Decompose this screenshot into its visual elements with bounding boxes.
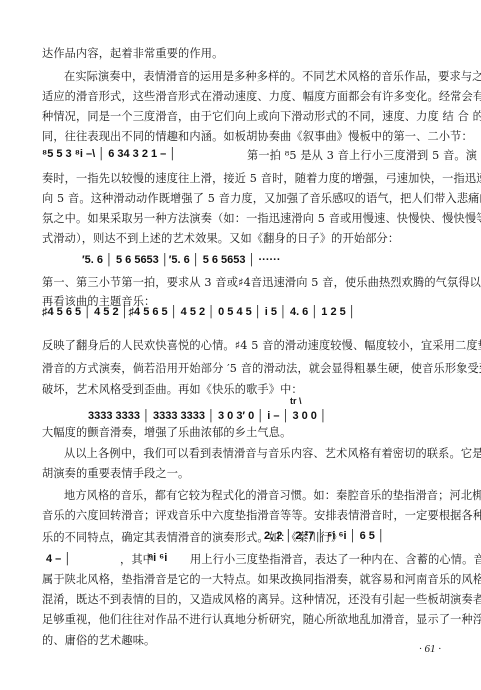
text-line: 同，往往表现出不同的情趣和内涵。如板胡协奏曲《叙事曲》慢板中的第一、二小节： [42, 130, 455, 144]
paragraph-line: 从以上各例中，我们可以看到表情滑音与音乐内容、艺术风格有着密切的联系。它是板 [42, 447, 455, 461]
text-line: 适应的滑音形式，这些滑音形式在滑动速度、力度、幅度方面都会有许多变化。经常会有这 [42, 90, 455, 104]
music-notation-qinchuanxing-end: 4 – │ [46, 553, 71, 565]
paragraph-line: 在实际演奏中，表情滑音的运用是多种多样的。不同艺术风格的音乐作品，要求与之相 [42, 70, 455, 84]
music-notation-fanshen-theme: ♯4 5 6 5 │ 4 5 2 │♯4 5 6 5 │ 4 5 2 │ 0 5… [42, 306, 356, 318]
text-line: 大幅度的颤音滑奏，增强了乐曲浓郁的乡土气息。 [42, 426, 455, 440]
text-line: 足够重视，他们往往对作品不进行认真地分析研究，随心所欲地乱加滑音，显示了一种浮浅 [42, 613, 455, 627]
music-notation-qinchuanxing: 2. 2 │ 2 ²7 │ ⁶i ⁶i │ 6 5 │ [264, 530, 385, 542]
text-line: 达作品内容，起着非常重要的作用。 [42, 47, 455, 61]
music-notation-xushiqu: ⁸5 5 3 ⁸i –\ │ 6 34 3 2 1 – │ [42, 148, 176, 160]
text-line: 滑音的方式演奏，倘若沿用开始部分 ′5 音的滑动法，就会显得粗暴生硬，使音乐形象… [42, 362, 455, 376]
text-line: 向 5 音。这种滑动动作既增强了 5 音力度，又加强了音乐感叹的语气，把人们带入… [42, 192, 455, 206]
text-line: 的、庸俗的艺术趣味。 [42, 634, 455, 648]
music-notation-kuaile-geshou: 3333 3333 │ 3333 3333 │ 3 0 3′ 0 │ i – │… [88, 410, 327, 422]
paragraph-line: 地方风格的音乐，都有它较为程式化的滑音习惯。如：秦腔音乐的垫指滑音；河北梆子 [42, 489, 455, 503]
text-line: 属于陕北风格，垫指滑音是它的一大特点。如果改换同指滑奏，就容易和河南音乐的风格相 [42, 573, 455, 587]
text-line: 破坏，艺术风格受到歪曲。再如《快乐的歌手》中： [42, 383, 455, 397]
text-line: 混淆，既达不到表情的目的，又造成风格的离异。这种情况，还没有引起一些板胡演奏者的 [42, 593, 455, 607]
text-line: 式滑动），则达不到上述的艺术效果。又如《翻身的日子》的开始部分： [42, 232, 455, 246]
text-line: 音乐的六度回转滑音；评戏音乐中六度垫指滑音等等。安排表情滑音时，一定要根据各种音 [42, 509, 455, 523]
trill-mark: tr \ [290, 396, 302, 406]
text-line: 用上行小三度垫指滑音，表达了一种内在、含蓄的心情。音乐 基 本 [190, 553, 460, 567]
text-line: 氛之中。如果采取另一种方法演奏（如：一指迅速滑向 5 音或用慢速、快慢快、慢快慢… [42, 212, 455, 226]
page-number: · 61 · [419, 643, 441, 655]
music-notation-fanshen-opening: ′5. 6 │ 5 6 5653 │′5. 6 │ 5 6 5653 │ ···… [82, 254, 280, 266]
text-line: 第一拍 ⁸5 是从 3 音上行小三度滑到 5 音。演 [247, 149, 457, 163]
text-line: 胡演奏的重要表情手段之一。 [42, 467, 455, 481]
text-line: 种情况，同是一个三度滑音，由于它们向上或向下滑动形式的不同，速度、力度 结 合 … [42, 110, 455, 124]
text-line: 乐的不同特点，确定其表情滑音的演奏形式。如：《秦川行》 [42, 531, 262, 545]
text-line: 第一、第三小节第一拍，要求从 3 音或♯4音迅速滑向 5 音，使乐曲热烈欢腾的气… [42, 276, 455, 290]
text-line: 反映了翻身后的人民欢快喜悦的心情。♯4 5 音的滑动速度较慢、幅度较小，宜采用二… [42, 339, 455, 353]
text-line: 奏时，一指先以较慢的速度往上滑，接近 5 音时，随着力度的增强，弓速加快，一指迅… [42, 172, 455, 186]
music-notation-inline: ⁶i ⁶i [148, 552, 167, 564]
